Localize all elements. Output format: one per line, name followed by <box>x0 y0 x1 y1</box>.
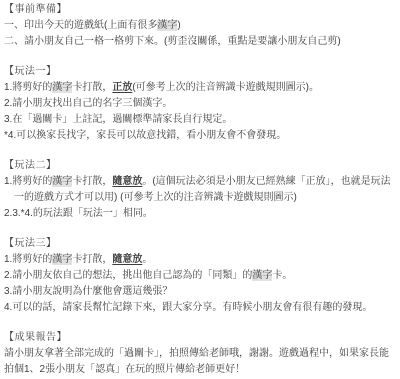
section: 【玩法一】1.將剪好的漢字卡打散，正放(可參考上次的注音辨識卡遊戲規則圖示)。2… <box>4 64 396 144</box>
instruction-line: 二、請小朋友自己一格一格剪下來。(剪歪沒關係，重點是要讓小朋友自己剪) <box>4 34 396 50</box>
highlighted-term: 漢字 <box>52 254 72 265</box>
text-run: 4.可以的話，請家長幫忙記錄下來，跟大家分享。有時候小朋友會有很有趣的發現。 <box>4 302 372 313</box>
text-run: 卡。 <box>272 270 292 281</box>
highlighted-term: 漢字 <box>52 82 72 93</box>
section-title: 【玩法二】 <box>4 158 396 174</box>
text-run: (可參考上次的注音辨識卡遊戲規則圖示)。 <box>132 82 319 93</box>
section-title: 【成果報告】 <box>4 330 396 346</box>
text-run: 3.請小朋友說明為什麼他會選這幾張？ <box>4 286 172 297</box>
instruction-line: 1.將剪好的漢字卡打散，隨意放。 <box>4 252 396 268</box>
text-run: 1.將剪好的 <box>4 176 52 187</box>
text-run: *4.可以換家長找字，家長可以故意找錯，看小朋友會不會發現。 <box>4 130 286 141</box>
instruction-line: 2.3.*4.的玩法跟「玩法一」相同。 <box>4 206 396 222</box>
text-run: 1.將剪好的 <box>4 82 52 93</box>
instruction-line: 一、印出今天的遊戲紙(上面有很多漢字) <box>4 18 396 34</box>
section-title: 【玩法一】 <box>4 64 396 80</box>
highlighted-term: 漢字 <box>157 20 177 31</box>
instruction-line: 1.將剪好的漢字卡打散，隨意放。(這個玩法必須是小朋友已經熟練「正放」，也就是玩… <box>4 174 396 206</box>
text-run: 卡打散， <box>72 82 112 93</box>
text-run: 1.將剪好的 <box>4 254 52 265</box>
text-run: 請小朋友拿著全部完成的「過關卡」，拍照傳給老師哦，謝謝。遊戲過程中，如果家長能拍… <box>4 348 389 375</box>
text-run: 2.3.*4.的玩法跟「玩法一」相同。 <box>4 208 153 219</box>
text-run: 。 <box>142 254 152 265</box>
text-run: 2.請小朋友依自己的想法，挑出他自己認為的「同類」的 <box>4 270 252 281</box>
instruction-line: 1.將剪好的漢字卡打散，正放(可參考上次的注音辨識卡遊戲規則圖示)。 <box>4 80 396 96</box>
section: 【成果報告】請小朋友拿著全部完成的「過關卡」，拍照傳給老師哦，謝謝。遊戲過程中，… <box>4 330 396 378</box>
instruction-line: 3.請小朋友說明為什麼他會選這幾張？ <box>4 284 396 300</box>
section: 【玩法三】1.將剪好的漢字卡打散，隨意放。2.請小朋友依自己的想法，挑出他自己認… <box>4 236 396 316</box>
instruction-document: 【事前準備】一、印出今天的遊戲紙(上面有很多漢字)二、請小朋友自己一格一格剪下來… <box>0 0 400 379</box>
text-run: 3.在「過關卡」上註記，過關標準請家長自行規定。 <box>4 114 232 125</box>
text-run: 二、請小朋友自己一格一格剪下來。(剪歪沒關係，重點是要讓小朋友自己剪) <box>4 36 341 47</box>
highlighted-term: 漢字 <box>52 176 72 187</box>
section-title: 【事前準備】 <box>4 2 396 18</box>
instruction-line: 請小朋友拿著全部完成的「過關卡」，拍照傳給老師哦，謝謝。遊戲過程中，如果家長能拍… <box>4 346 396 378</box>
section: 【玩法二】1.將剪好的漢字卡打散，隨意放。(這個玩法必須是小朋友已經熟練「正放」… <box>4 158 396 222</box>
section: 【事前準備】一、印出今天的遊戲紙(上面有很多漢字)二、請小朋友自己一格一格剪下來… <box>4 2 396 50</box>
text-run: ) <box>177 20 180 31</box>
instruction-line: 3.在「過關卡」上註記，過關標準請家長自行規定。 <box>4 112 396 128</box>
instruction-line: 2.請小朋友依自己的想法，挑出他自己認為的「同類」的漢字卡。 <box>4 268 396 284</box>
emphasized-term: 隨意放 <box>112 176 142 187</box>
text-run: 卡打散， <box>72 176 112 187</box>
section-title: 【玩法三】 <box>4 236 396 252</box>
instruction-line: 2.請小朋友找出自己的名字三個漢字。 <box>4 96 396 112</box>
text-run: 2.請小朋友找出自己的名字三個漢字。 <box>4 98 172 109</box>
text-run: 一、印出今天的遊戲紙(上面有很多 <box>4 20 157 31</box>
highlighted-term: 漢字 <box>252 270 272 281</box>
emphasized-term: 隨意放 <box>112 254 142 265</box>
emphasized-term: 正放 <box>112 82 132 93</box>
instruction-line: 4.可以的話，請家長幫忙記錄下來，跟大家分享。有時候小朋友會有很有趣的發現。 <box>4 300 396 316</box>
text-run: 卡打散， <box>72 254 112 265</box>
instruction-line: *4.可以換家長找字，家長可以故意找錯，看小朋友會不會發現。 <box>4 128 396 144</box>
